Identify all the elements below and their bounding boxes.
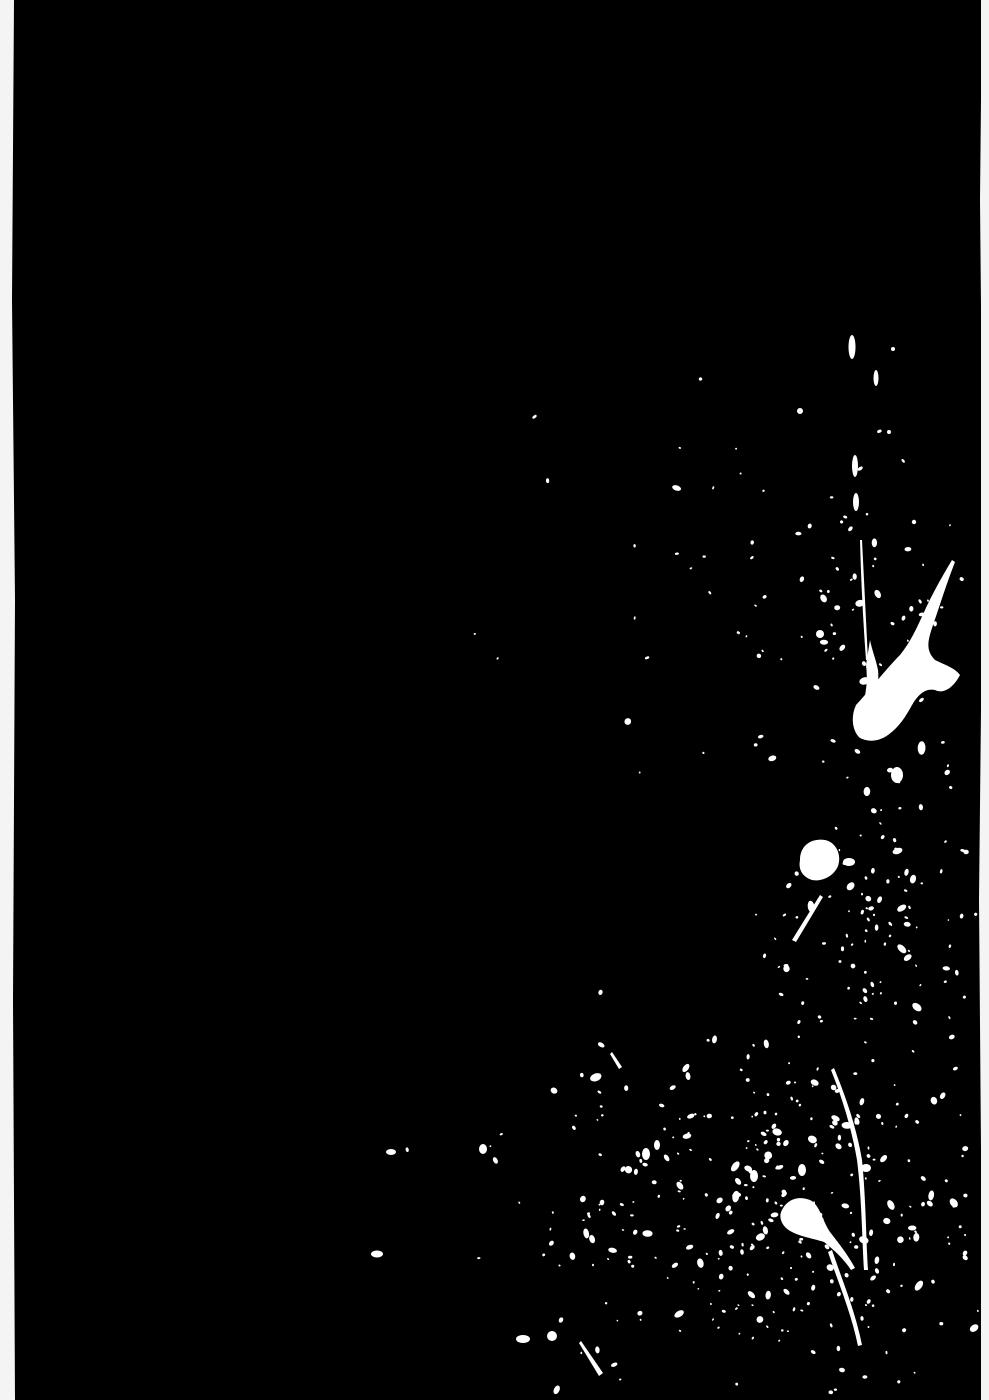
- black-background: [12, 0, 983, 1400]
- right-scan-border: [981, 0, 989, 1400]
- splatter-painting: [0, 0, 989, 1400]
- scanned-artwork: [0, 0, 989, 1400]
